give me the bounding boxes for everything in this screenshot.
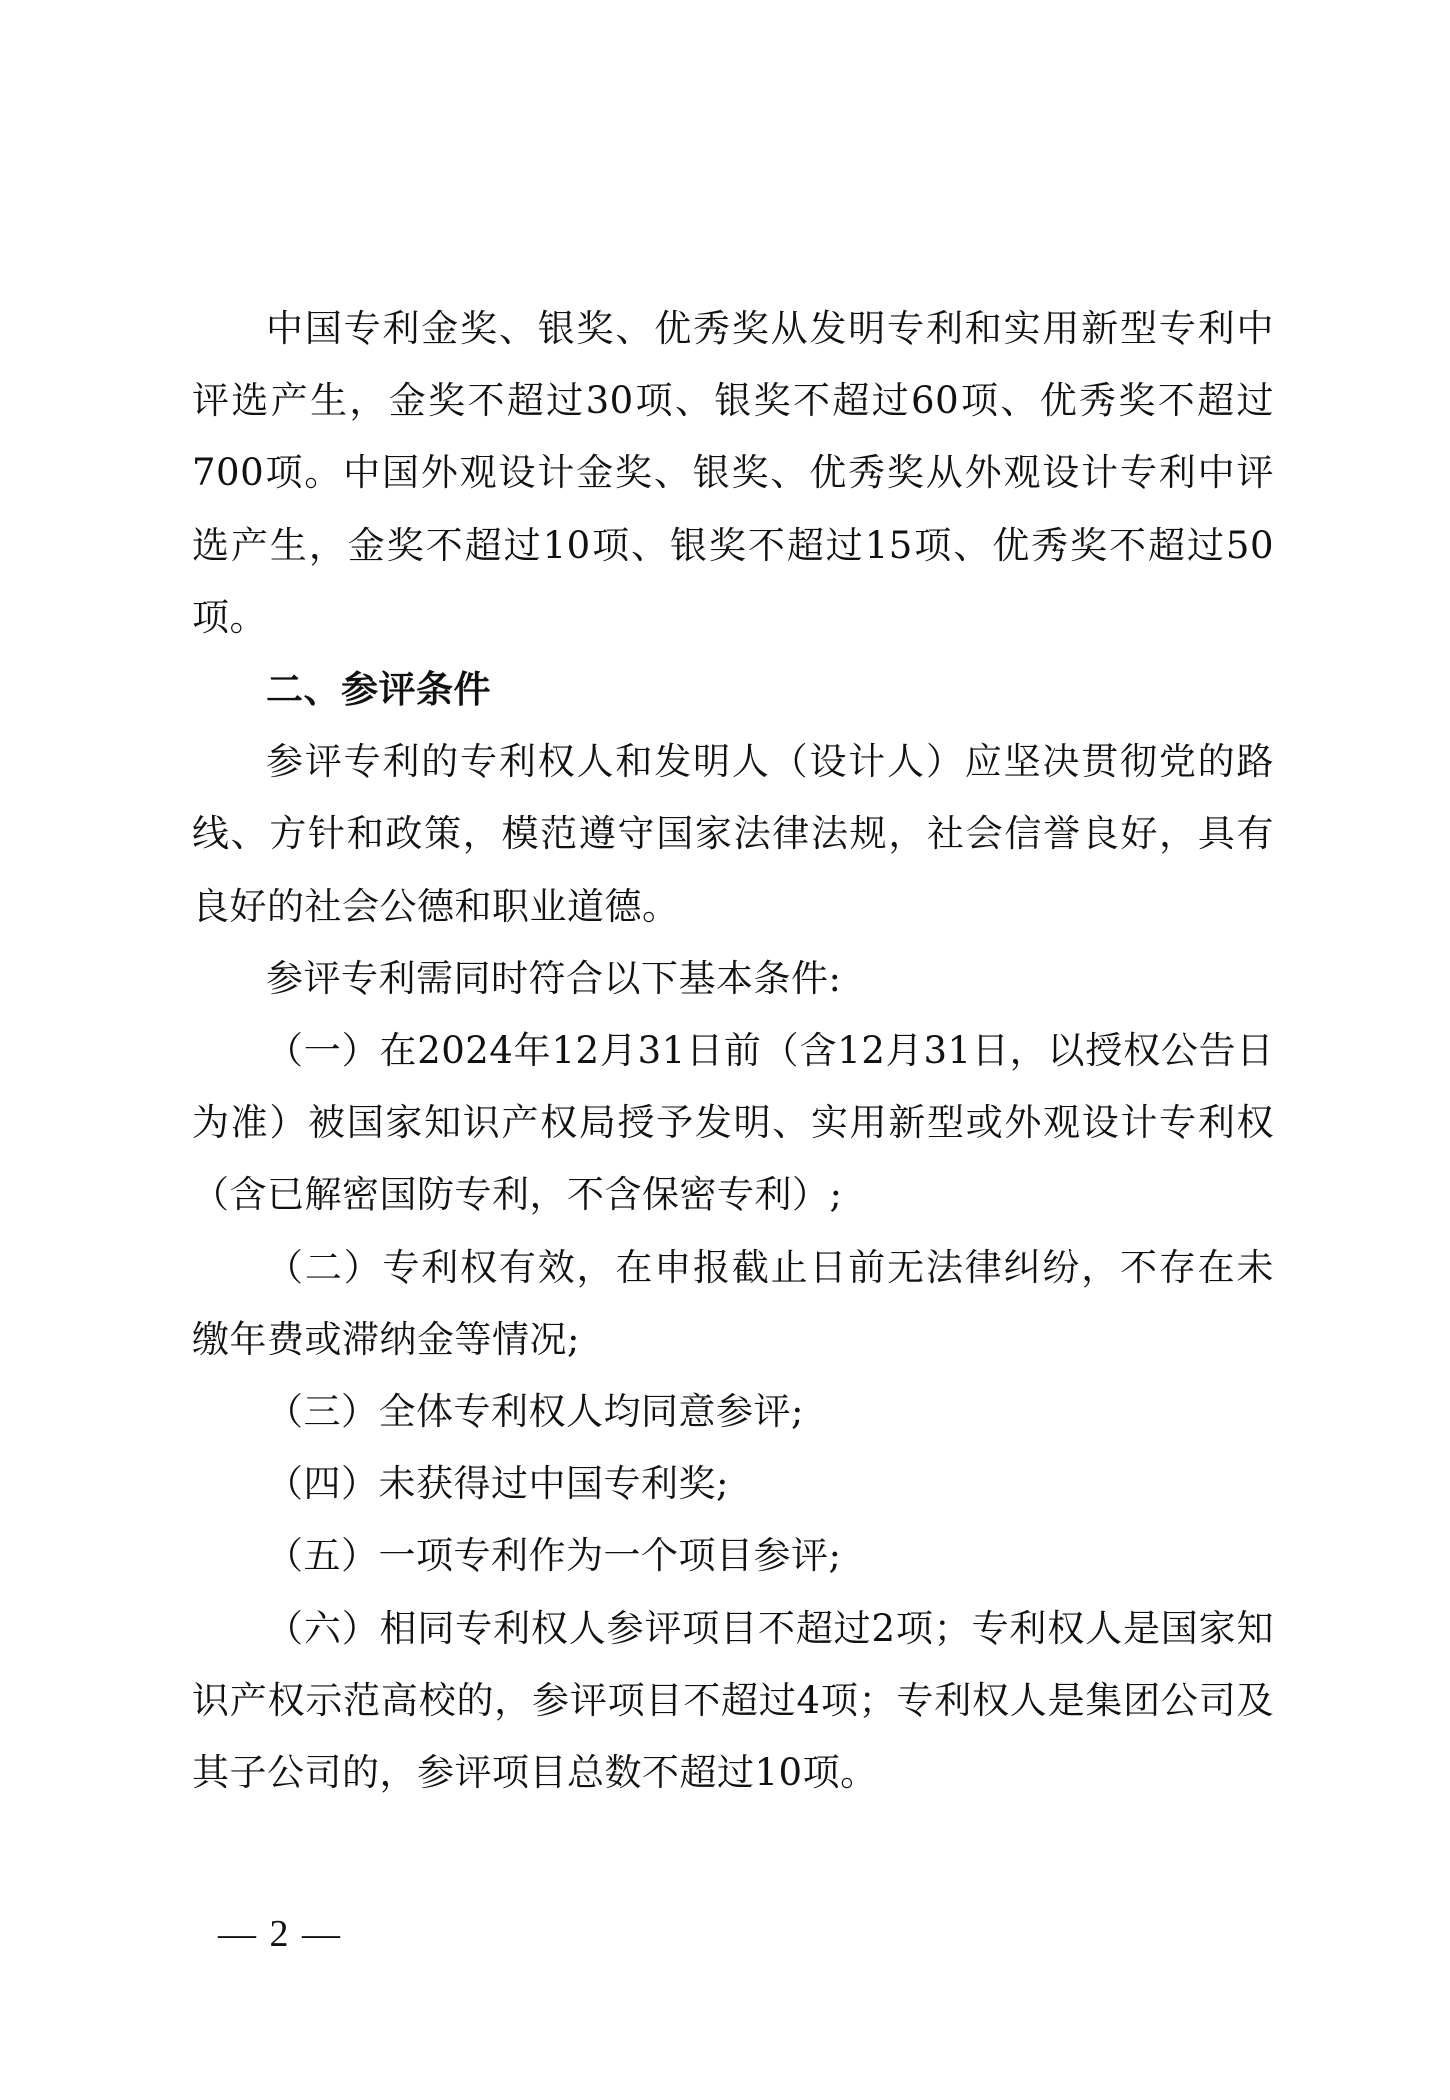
- document-page: 中国专利金奖、银奖、优秀奖从发明专利和实用新型专利中评选产生，金奖不超过30项、…: [0, 0, 1450, 2100]
- paragraph-award-quotas: 中国专利金奖、银奖、优秀奖从发明专利和实用新型专利中评选产生，金奖不超过30项、…: [192, 293, 1274, 654]
- condition-item-2: （二）专利权有效，在申报截止日前无法律纠纷，不存在未缴年费或滞纳金等情况;: [192, 1232, 1274, 1376]
- condition-item-6: （六）相同专利权人参评项目不超过2项；专利权人是国家知识产权示范高校的，参评项目…: [192, 1593, 1274, 1810]
- condition-item-3: （三）全体专利权人均同意参评;: [192, 1376, 1274, 1448]
- paragraph-basic-conditions-intro: 参评专利需同时符合以下基本条件:: [192, 943, 1274, 1015]
- condition-item-1: （一）在2024年12月31日前（含12月31日，以授权公告日为准）被国家知识产…: [192, 1015, 1274, 1232]
- page-number: — 2 —: [218, 1912, 342, 1956]
- condition-item-5: （五）一项专利作为一个项目参评;: [192, 1520, 1274, 1592]
- section-heading-eligibility: 二、参评条件: [192, 654, 1274, 726]
- paragraph-conduct-requirements: 参评专利的专利权人和发明人（设计人）应坚决贯彻党的路线、方针和政策，模范遵守国家…: [192, 726, 1274, 943]
- document-body: 中国专利金奖、银奖、优秀奖从发明专利和实用新型专利中评选产生，金奖不超过30项、…: [192, 293, 1274, 1809]
- condition-item-4: （四）未获得过中国专利奖;: [192, 1448, 1274, 1520]
